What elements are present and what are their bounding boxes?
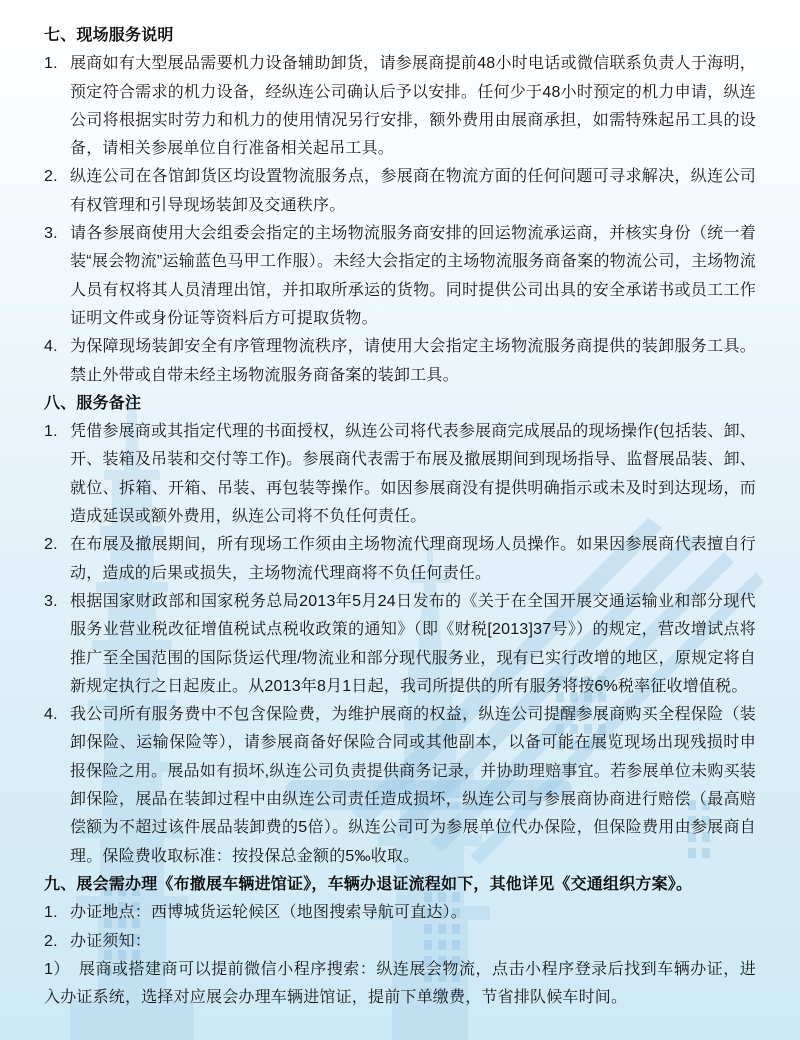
section-heading-nine: 九、展会需办理《布撤展车辆进馆证》，车辆办退证流程如下，其他详见《交通组织方案》… [44, 871, 756, 899]
list-item: 4.为保障现场装卸安全有序管理物流秩序，请使用大会指定主场物流服务商提供的装卸服… [44, 333, 756, 390]
list-item: 3.请各参展商使用大会组委会指定的主场物流服务商安排的回运物流承运商，并核实身份… [44, 220, 756, 333]
item-marker: 3. [44, 220, 58, 248]
section-heading-seven: 七、现场服务说明 [44, 22, 756, 50]
list-item: 1.凭借参展商或其指定代理的书面授权，纵连公司将代表参展商完成展品的现场操作(包… [44, 418, 756, 531]
list-item: 1.展商如有大型展品需要机力设备辅助卸货，请参展商提前48小时电话或微信联系负责… [44, 50, 756, 163]
item-text: 请各参展商使用大会组委会指定的主场物流服务商安排的回运物流承运商，并核实身份（统… [70, 225, 756, 327]
item-marker: 4. [44, 701, 58, 729]
list-item: 3.根据国家财政部和国家税务总局2013年5月24日发布的《关于在全国开展交通运… [44, 588, 756, 701]
item-text: 根据国家财政部和国家税务总局2013年5月24日发布的《关于在全国开展交通运输业… [70, 593, 756, 695]
item-marker: 1. [44, 418, 58, 446]
item-text: 为保障现场装卸安全有序管理物流秩序，请使用大会指定主场物流服务商提供的装卸服务工… [70, 338, 756, 383]
item-marker: 2. [44, 163, 58, 191]
item-text: 办证地点：西博城货运轮候区（地图搜索导航可直达）。 [70, 904, 467, 921]
list-item: 2.办证须知： [44, 928, 756, 956]
item-marker: 4. [44, 333, 58, 361]
item-text: 我公司所有服务费中不包含保险费，为维护展商的权益，纵连公司提醒参展商购买全程保险… [70, 706, 756, 864]
item-marker: 1） [44, 961, 70, 978]
item-text: 展商如有大型展品需要机力设备辅助卸货，请参展商提前48小时电话或微信联系负责人于… [70, 55, 756, 157]
item-marker: 3. [44, 588, 58, 616]
item-text: 纵连公司在各馆卸货区均设置物流服务点，参展商在物流方面的任何问题可寻求解决，纵连… [70, 168, 756, 213]
item-marker: 1. [44, 899, 58, 927]
list-item: 4.我公司所有服务费中不包含保险费，为维护展商的权益，纵连公司提醒参展商购买全程… [44, 701, 756, 871]
section-heading-eight: 八、服务备注 [44, 390, 756, 418]
item-marker: 1. [44, 50, 58, 78]
list-item: 2.在布展及撤展期间，所有现场工作须由主场物流代理商现场人员操作。如果因参展商代… [44, 531, 756, 588]
list-item: 1）展商或搭建商可以提前微信小程序搜索：纵连展会物流，点击小程序登录后找到车辆办… [44, 956, 756, 1013]
item-text: 凭借参展商或其指定代理的书面授权，纵连公司将代表参展商完成展品的现场操作(包括装… [70, 423, 756, 525]
list-item: 2.纵连公司在各馆卸货区均设置物流服务点，参展商在物流方面的任何问题可寻求解决，… [44, 163, 756, 220]
item-marker: 2. [44, 928, 58, 956]
item-text: 在布展及撤展期间，所有现场工作须由主场物流代理商现场人员操作。如果因参展商代表擅… [70, 536, 756, 581]
item-marker: 2. [44, 531, 58, 559]
item-text: 展商或搭建商可以提前微信小程序搜索：纵连展会物流，点击小程序登录后找到车辆办证，… [44, 961, 756, 1006]
item-text: 办证须知： [70, 933, 151, 950]
document-content: 七、现场服务说明1.展商如有大型展品需要机力设备辅助卸货，请参展商提前48小时电… [0, 0, 800, 1012]
list-item: 1.办证地点：西博城货运轮候区（地图搜索导航可直达）。 [44, 899, 756, 927]
document-page: 七、现场服务说明1.展商如有大型展品需要机力设备辅助卸货，请参展商提前48小时电… [0, 0, 800, 1040]
